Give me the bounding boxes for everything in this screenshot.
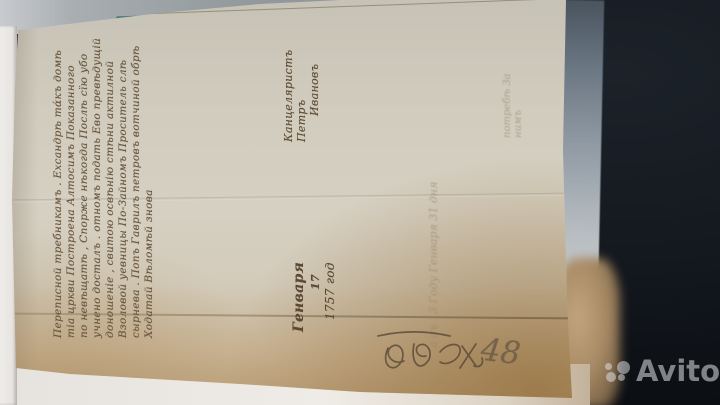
avito-wordmark: Avito — [636, 354, 720, 388]
date-block: Генваря 17 1757 год — [289, 222, 337, 332]
main-text-block: Переписной требникамъ . Ехсандрѣ тάкъ до… — [52, 6, 156, 338]
bleed-through-text: а въ 13 Году Генваря 31 дня — [427, 120, 440, 348]
manuscript-line: Взоловой уевницы По-Зайномъ Проситель сл… — [117, 6, 130, 338]
date-day: 17 — [309, 222, 323, 332]
manuscript-line: по невѣщатѣ , Спорже нѣкогда Послѣ сїю у… — [78, 6, 91, 338]
date-month: Генваря — [289, 222, 309, 332]
manuscript-line: доношеніе , свитою освѣнію стѣни актилно… — [104, 6, 117, 338]
clerk-signature-line: Канцеляристъ Петръ — [282, 18, 308, 142]
avito-watermark: Avito — [605, 360, 717, 394]
archive-number: 48 — [479, 332, 523, 373]
clerk-signature-block: Канцеляристъ Петръ Ивановъ — [282, 18, 321, 142]
avito-circles-icon — [606, 372, 616, 382]
manuscript-line: тіа цркви Построена Алтосимъ Показанного — [65, 6, 78, 338]
bleed-through-text: потребѣ За нимъ — [502, 56, 524, 138]
manuscript-paper: Переписной требникамъ . Ехсандрѣ тάкъ до… — [10, 0, 576, 405]
photo-of-manuscript: Переписной требникамъ . Ехсандрѣ тάкъ до… — [0, 0, 720, 405]
manuscript-line: Ходатай Вѣломѣй знова — [143, 6, 156, 338]
avito-circles-icon — [618, 374, 625, 381]
clerk-signature-line: Ивановъ — [308, 18, 321, 142]
date-year: 1757 год — [323, 222, 337, 332]
manuscript-line: учнено досталъ . отномъ подать Ево превѣ… — [91, 6, 104, 338]
avito-circles-icon — [617, 361, 630, 374]
manuscript-line: сырнева . Попъ Гаврилъ петровъ вотчиной … — [130, 6, 143, 338]
manuscript-line: Переписной требникамъ . Ехсандрѣ тάкъ до… — [52, 6, 65, 338]
avito-circles-icon — [605, 363, 612, 370]
